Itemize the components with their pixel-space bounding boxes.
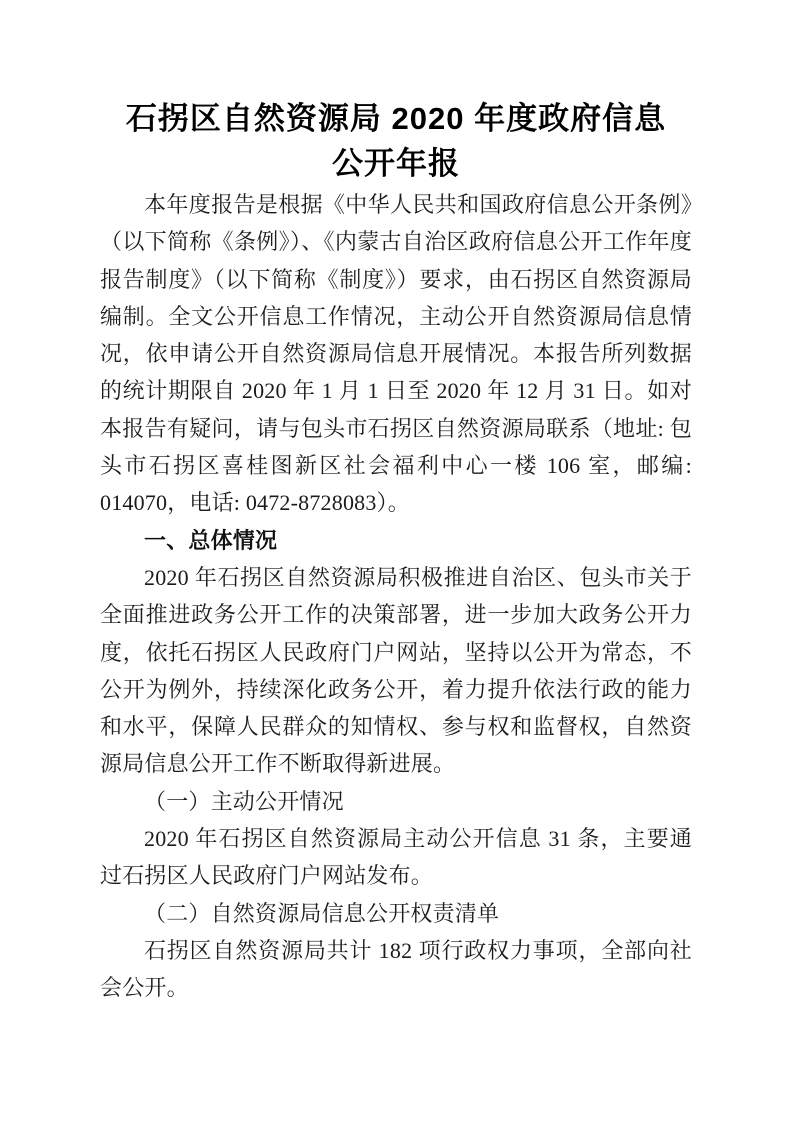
- document-page: 石拐区自然资源局 2020 年度政府信息 公开年报 本年度报告是根据《中华人民共…: [0, 0, 793, 1122]
- document-title: 石拐区自然资源局 2020 年度政府信息 公开年报: [100, 96, 692, 186]
- subsection-heading-proactive-disclosure: （一）主动公开情况: [100, 783, 692, 820]
- document-title-line-2: 公开年报: [100, 141, 692, 186]
- paragraph-introduction: 本年度报告是根据《中华人民共和国政府信息公开条例》（以下简称《条例》）、《内蒙古…: [100, 186, 692, 522]
- document-title-line-1: 石拐区自然资源局 2020 年度政府信息: [100, 96, 692, 141]
- subsection-heading-power-responsibility-list: （二）自然资源局信息公开权责清单: [100, 895, 692, 932]
- section-heading-overall-situation: 一、总体情况: [100, 522, 692, 559]
- paragraph-proactive-disclosure: 2020 年石拐区自然资源局主动公开信息 31 条，主要通过石拐区人民政府门户网…: [100, 820, 692, 895]
- paragraph-overall-situation: 2020 年石拐区自然资源局积极推进自治区、包头市关于全面推进政务公开工作的决策…: [100, 559, 692, 783]
- document-body: 本年度报告是根据《中华人民共和国政府信息公开条例》（以下简称《条例》）、《内蒙古…: [100, 186, 692, 1007]
- paragraph-power-responsibility-list: 石拐区自然资源局共计 182 项行政权力事项，全部向社会公开。: [100, 932, 692, 1007]
